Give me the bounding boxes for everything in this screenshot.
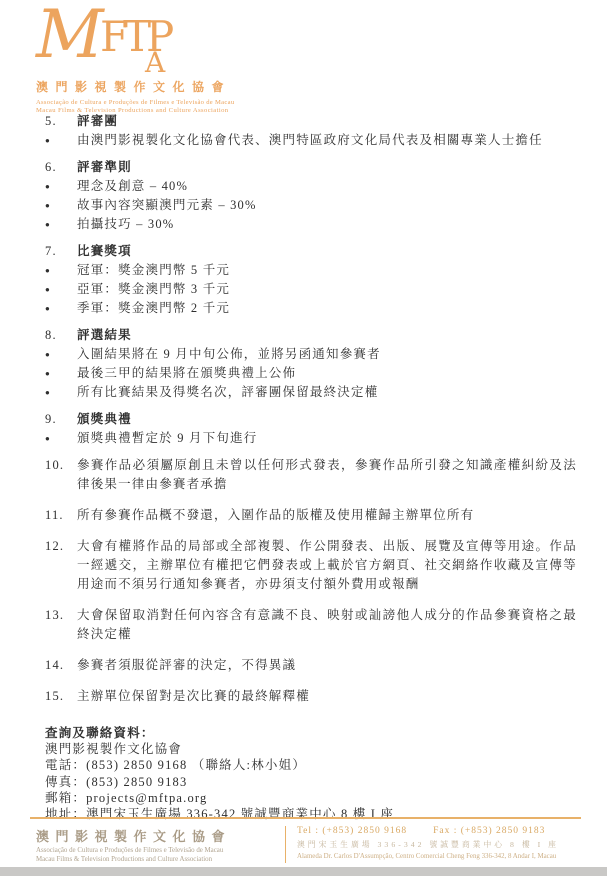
footer-org-chinese: 澳門影視製作文化協會 — [36, 826, 285, 845]
section-title: 評審團 — [77, 112, 118, 131]
section-title: 評選結果 — [77, 326, 132, 345]
bullet-icon: ● — [45, 364, 77, 383]
mftpa-logo-icon: M F T P A — [36, 6, 216, 72]
section-number: 5. — [45, 112, 77, 131]
section-title: 評審準則 — [77, 158, 132, 177]
org-name-portuguese: Associação de Cultura e Produções de Fil… — [36, 99, 356, 106]
org-name-chinese: 澳門影視製作文化協會 — [36, 78, 356, 95]
footer-fax: Fax : (+853) 2850 9183 — [433, 826, 545, 836]
section-judging-criteria: 6.評審準則 ●理念及創意 – 40% ●故事內容突顯澳門元素 – 30% ●拍… — [45, 158, 577, 234]
section-title: 比賽獎項 — [77, 242, 132, 261]
footer-org-portuguese: Associação de Cultura e Produções de Fil… — [36, 847, 285, 854]
section-results: 8.評選結果 ●入圍結果將在 9 月中旬公佈，並將另函通知參賽者 ●最後三甲的結… — [45, 326, 577, 402]
logo-letter-a: A — [145, 46, 165, 79]
section-number: 7. — [45, 242, 77, 261]
page-bottom-edge — [0, 867, 607, 876]
rules-list: 5.評審團 ●由澳門影視製化文化協會代表、澳門特區政府文化局代表及相關專業人士擔… — [45, 112, 577, 822]
document-page: M F T P A 澳門影視製作文化協會 Associação de Cultu… — [0, 0, 607, 876]
section-number: 12. — [45, 537, 77, 556]
bullet-text: 入圍結果將在 9 月中旬公佈，並將另函通知參賽者 — [77, 345, 577, 364]
paragraph-text: 參賽者須服從評審的決定，不得異議 — [77, 656, 577, 675]
page-footer: 澳門影視製作文化協會 Associação de Cultura e Produ… — [30, 817, 581, 863]
bullet-icon: ● — [45, 261, 77, 280]
rule-item-14: 14. 參賽者須服從評審的決定，不得異議 — [45, 656, 577, 675]
footer-org-block: 澳門影視製作文化協會 Associação de Cultura e Produ… — [30, 826, 285, 863]
section-number: 8. — [45, 326, 77, 345]
paragraph-text: 主辦單位保留對是次比賽的最終解釋權 — [77, 687, 577, 706]
bullet-text: 季軍：獎金澳門幣 2 千元 — [77, 299, 577, 318]
section-number: 10. — [45, 456, 77, 475]
rule-item-12: 12. 大會有權將作品的局部或全部複製、作公開發表、出版、展覽及宣傳等用途。作品… — [45, 537, 577, 594]
rule-item-10: 10. 參賽作品必須屬原創且未曾以任何形式發表，參賽作品所引發之知識產權糾紛及法… — [45, 456, 577, 494]
contact-org: 澳門影視製作文化協會 — [45, 741, 577, 757]
section-number: 6. — [45, 158, 77, 177]
section-number: 11. — [45, 506, 77, 525]
rule-item-11: 11. 所有參賽作品概不發還，入圍作品的版權及使用權歸主辦單位所有 — [45, 506, 577, 525]
paragraph-text: 所有參賽作品概不發還，入圍作品的版權及使用權歸主辦單位所有 — [77, 506, 577, 525]
bullet-icon: ● — [45, 299, 77, 318]
section-number: 13. — [45, 606, 77, 625]
paragraph-text: 參賽作品必須屬原創且未曾以任何形式發表，參賽作品所引發之知識產權糾紛及法律後果一… — [77, 456, 577, 494]
paragraph-text: 大會保留取消對任何內容含有意識不良、映射或訕謗他人成分的作品參賽資格之最終決定權 — [77, 606, 577, 644]
section-number: 14. — [45, 656, 77, 675]
section-award-ceremony: 9.頒獎典禮 ●頒獎典禮暫定於 9 月下旬進行 — [45, 410, 577, 448]
bullet-icon: ● — [45, 345, 77, 364]
paragraph-text: 大會有權將作品的局部或全部複製、作公開發表、出版、展覽及宣傳等用途。作品一經遞交… — [77, 537, 577, 594]
bullet-text: 拍攝技巧 – 30% — [77, 215, 577, 234]
section-number: 9. — [45, 410, 77, 429]
section-prizes: 7.比賽獎項 ●冠軍：獎金澳門幣 5 千元 ●亞軍：獎金澳門幣 3 千元 ●季軍… — [45, 242, 577, 318]
footer-contact-block: Tel : (+853) 2850 9168Fax : (+853) 2850 … — [285, 826, 581, 863]
bullet-icon: ● — [45, 196, 77, 215]
bullet-text: 理念及創意 – 40% — [77, 177, 577, 196]
bullet-icon: ● — [45, 215, 77, 234]
footer-divider — [30, 817, 581, 819]
footer-tel: Tel : (+853) 2850 9168 — [297, 826, 407, 836]
footer-address-english: Alameda Dr. Carlos D'Assumpção, Centro C… — [297, 853, 581, 860]
rule-item-15: 15. 主辦單位保留對是次比賽的最終解釋權 — [45, 687, 577, 706]
contact-phone: 電話：(853) 2850 9168 （聯絡人:林小姐） — [45, 757, 577, 773]
bullet-text: 最後三甲的結果將在頒獎典禮上公佈 — [77, 364, 577, 383]
section-number: 15. — [45, 687, 77, 706]
contact-fax: 傳真：(853) 2850 9183 — [45, 774, 577, 790]
contact-block: 查詢及聯絡資料： 澳門影視製作文化協會 電話：(853) 2850 9168 （… — [45, 725, 577, 822]
logo-letter-m: M — [36, 0, 104, 73]
footer-org-english: Macau Films & Television Productions and… — [36, 856, 285, 863]
bullet-text: 冠軍：獎金澳門幣 5 千元 — [77, 261, 577, 280]
bullet-icon: ● — [45, 131, 77, 150]
bullet-icon: ● — [45, 383, 77, 402]
bullet-text: 所有比賽結果及得獎名次，評審團保留最終決定權 — [77, 383, 577, 402]
footer-address-chinese: 澳門宋玉生廣場 336-342 號誠豐商業中心 8 樓 I 座 — [297, 839, 581, 850]
contact-email: 郵箱：projects@mftpa.org — [45, 790, 577, 806]
bullet-icon: ● — [45, 429, 77, 448]
bullet-icon: ● — [45, 177, 77, 196]
bullet-text: 由澳門影視製化文化協會代表、澳門特區政府文化局代表及相關專業人士擔任 — [77, 131, 577, 150]
section-title: 頒獎典禮 — [77, 410, 132, 429]
bullet-text: 亞軍：獎金澳門幣 3 千元 — [77, 280, 577, 299]
org-logo: M F T P A 澳門影視製作文化協會 Associação de Cultu… — [36, 6, 356, 114]
rule-item-13: 13. 大會保留取消對任何內容含有意識不良、映射或訕謗他人成分的作品參賽資格之最… — [45, 606, 577, 644]
bullet-text: 故事內容突顯澳門元素 – 30% — [77, 196, 577, 215]
bullet-text: 頒獎典禮暫定於 9 月下旬進行 — [77, 429, 577, 448]
contact-heading: 查詢及聯絡資料： — [45, 725, 577, 741]
section-judging-panel: 5.評審團 ●由澳門影視製化文化協會代表、澳門特區政府文化局代表及相關專業人士擔… — [45, 112, 577, 150]
bullet-icon: ● — [45, 280, 77, 299]
